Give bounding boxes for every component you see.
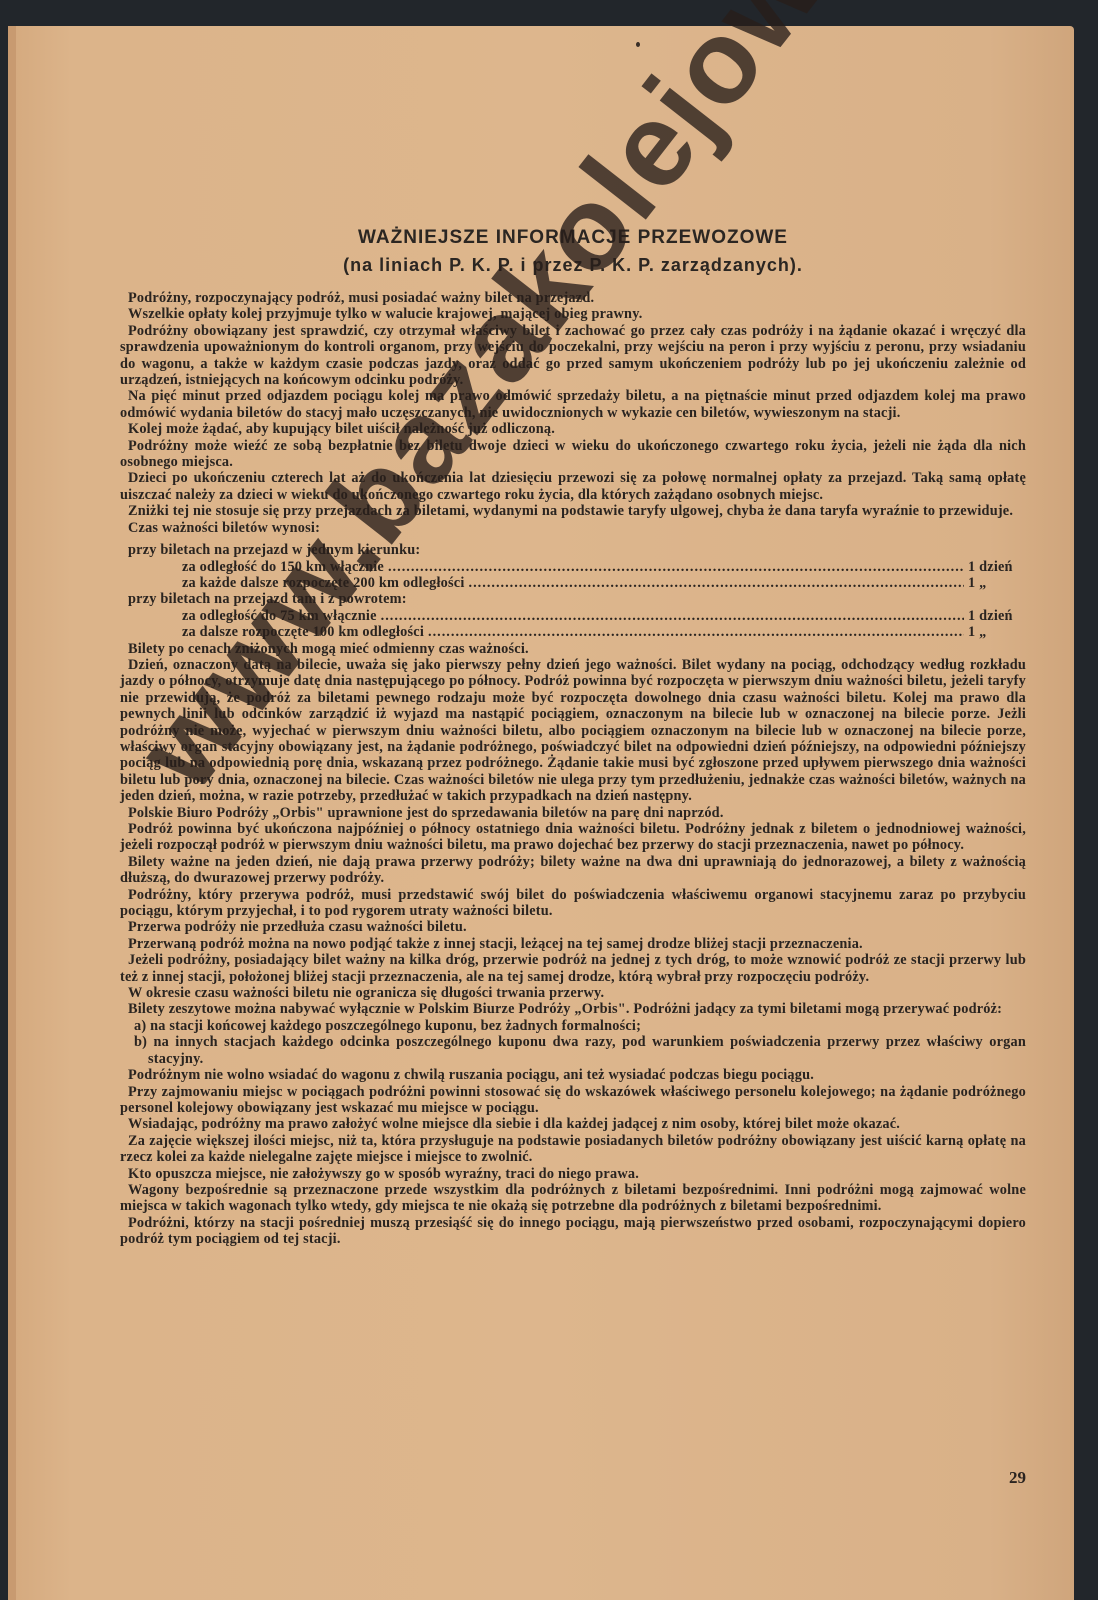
paragraph: Bilety ważne na jeden dzień, nie dają pr… <box>120 854 1026 887</box>
list-item: b) na innych stacjach każdego odcinka po… <box>120 1034 1026 1067</box>
paragraph: Wsiadając, podróżny ma prawo założyć wol… <box>120 1116 1026 1132</box>
page-edge <box>8 26 16 1600</box>
dot-leader <box>388 559 964 575</box>
paragraph: Kolej może żądać, aby kupujący bilet uiś… <box>120 421 1026 437</box>
page-content: WAŻNIEJSZE INFORMACJE PRZEWOZOWE (na lin… <box>120 226 1026 1248</box>
paragraph: Podróżny, rozpoczynający podróż, musi po… <box>120 290 1026 306</box>
validity-label: za odległość do 75 km włącznie <box>182 608 377 624</box>
paragraph: Podróżnym nie wolno wsiadać do wagonu z … <box>120 1067 1026 1083</box>
list-item: a) na stacji końcowej każdego poszczegól… <box>120 1018 1026 1034</box>
main-paragraphs: Bilety po cenach zniżonych mogą mieć odm… <box>120 641 1026 1018</box>
dot-leader <box>381 608 964 624</box>
paragraph: Na pięć minut przed odjazdem pociągu kol… <box>120 388 1026 421</box>
paragraph: Podróżny, który przerywa podróż, musi pr… <box>120 887 1026 920</box>
paragraph: Dzień, oznaczony datą na bilecie, uważa … <box>120 657 1026 805</box>
page-number: 29 <box>1009 1468 1026 1488</box>
closing-paragraphs: Podróżnym nie wolno wsiadać do wagonu z … <box>120 1067 1026 1247</box>
validity-value: 1 „ <box>968 575 1026 591</box>
validity-row: za dalsze rozpoczęte 100 km odległości1 … <box>120 624 1026 640</box>
validity-label: za odległość do 150 km włącznie <box>182 559 384 575</box>
paragraph: Czas ważności biletów wynosi: <box>120 520 1026 536</box>
paragraph: Jeżeli podróżny, posiadający bilet ważny… <box>120 952 1026 985</box>
paragraph: W okresie czasu ważności biletu nie ogra… <box>120 985 1026 1001</box>
paragraph: Polskie Biuro Podróży „Orbis" uprawnione… <box>120 805 1026 821</box>
validity-value: 1 dzień <box>968 559 1026 575</box>
paragraph: Podróżny może wieźć ze sobą bezpłatnie b… <box>120 438 1026 471</box>
dot-leader <box>428 624 964 640</box>
paragraph: Podróż powinna być ukończona najpóźniej … <box>120 821 1026 854</box>
paragraph: Wszelkie opłaty kolej przyjmuje tylko w … <box>120 306 1026 322</box>
validity-row: za odległość do 75 km włącznie1 dzień <box>120 608 1026 624</box>
validity-row: za odległość do 150 km włącznie1 dzień <box>120 559 1026 575</box>
validity-table: przy biletach na przejazd w jednym kieru… <box>120 542 1026 640</box>
intro-paragraphs: Podróżny, rozpoczynający podróż, musi po… <box>120 290 1026 536</box>
paragraph: Kto opuszcza miejsce, nie założywszy go … <box>120 1166 1026 1182</box>
paragraph: Wagony bezpośrednie są przeznaczone prze… <box>120 1182 1026 1215</box>
validity-heading: przy biletach na przejazd tam i z powrot… <box>120 591 1026 607</box>
validity-heading: przy biletach na przejazd w jednym kieru… <box>120 542 1026 558</box>
validity-label: za każde dalsze rozpoczęte 200 km odległ… <box>182 575 465 591</box>
paragraph: Zniżki tej nie stosuje się przy przejazd… <box>120 503 1026 519</box>
page-subtitle: (na liniach P. K. P. i przez P. K. P. za… <box>120 254 1026 276</box>
paragraph: Bilety zeszytowe można nabywać wyłącznie… <box>120 1001 1026 1017</box>
paragraph: Dzieci po ukończeniu czterech lat aż do … <box>120 470 1026 503</box>
paragraph: Podróżni, którzy na stacji pośredniej mu… <box>120 1215 1026 1248</box>
paragraph: Przy zajmowaniu miejsc w pociągach podró… <box>120 1084 1026 1117</box>
paragraph: Przerwaną podróż można na nowo podjąć ta… <box>120 936 1026 952</box>
interruption-list: a) na stacji końcowej każdego poszczegól… <box>120 1018 1026 1067</box>
validity-value: 1 „ <box>968 624 1026 640</box>
ink-speck <box>636 42 640 47</box>
dot-leader <box>469 575 964 591</box>
validity-row: za każde dalsze rozpoczęte 200 km odległ… <box>120 575 1026 591</box>
document-page: WAŻNIEJSZE INFORMACJE PRZEWOZOWE (na lin… <box>8 26 1074 1600</box>
body-text: Podróżny, rozpoczynający podróż, musi po… <box>120 290 1026 1248</box>
paragraph: Przerwa podróży nie przedłuża czasu ważn… <box>120 919 1026 935</box>
validity-label: za dalsze rozpoczęte 100 km odległości <box>182 624 424 640</box>
paragraph: Podróżny obowiązany jest sprawdzić, czy … <box>120 323 1026 389</box>
page-title: WAŻNIEJSZE INFORMACJE PRZEWOZOWE <box>120 226 1026 250</box>
validity-value: 1 dzień <box>968 608 1026 624</box>
paragraph: Bilety po cenach zniżonych mogą mieć odm… <box>120 641 1026 657</box>
paragraph: Za zajęcie większej ilości miejsc, niż t… <box>120 1133 1026 1166</box>
